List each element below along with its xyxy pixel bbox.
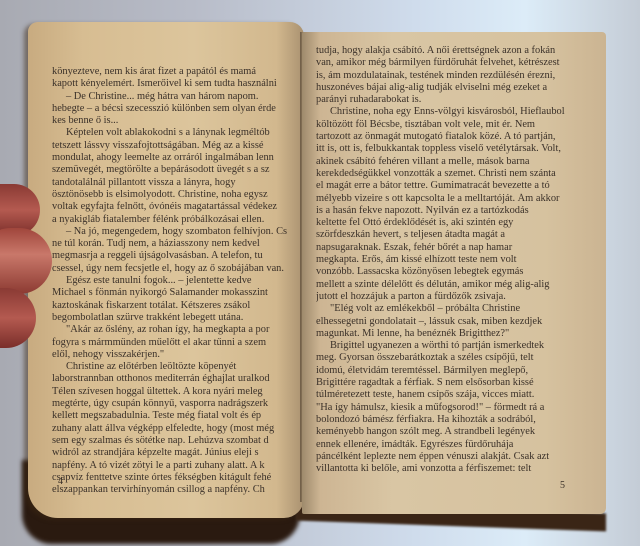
left-page-number: 4 [58,476,63,487]
text-line: huszonéves bájai alig-alig tudják elvise… [316,82,588,94]
text-line: jutott el hozzájuk a parton a fürdőzők z… [316,291,588,303]
text-line: Christine az előtérben leöltözte köpenyé… [52,361,304,373]
book-photo-scene: könyezteve, nem kis árat fizet a papától… [0,0,640,546]
text-line: parányi ruhadarabokat is. [316,94,588,106]
text-line: költözött föl Bécsbe, tisztában volt vel… [316,119,588,131]
text-line: napfény. A tó vizét zötyi le a parti zuh… [52,460,304,472]
right-page-number: 5 [560,480,565,491]
text-line: kes benne ő is... [52,115,304,127]
text-line: sem egy szalmas és sötétke nap. Lehúzva … [52,435,304,447]
text-line: páncélként leplezte nem éppen vénuszi al… [316,451,588,463]
finger [0,288,36,348]
text-line: "Akár az őslény, az rohan így, ha megkap… [52,324,304,336]
text-line: villantotta ki belőle, ami vonzotta a fé… [316,463,588,475]
text-line: vonzóbb. Lassacska közönyösen lebegtek e… [316,266,588,278]
text-line: a nyakigláb fiatalember félénk próbálkoz… [52,214,304,226]
text-line: elől, nehogy visszakérjen." [52,349,304,361]
right-page-text: tudja, hogy alakja csábító. A női éretts… [316,45,588,475]
text-line: elhessegetni gondolatait –, lássuk csak,… [316,316,588,328]
text-line: tandotalálnál pillantott vissza a lányra… [52,177,304,189]
text-line: tetszett lássvy visszafojtottságában. Mé… [52,140,304,152]
text-line: hebegte – a bécsi szecesszió különben se… [52,103,304,115]
text-line: kellett megszabadulnia. Teste még fiatal… [52,410,304,422]
text-line: is, ám mozdulatainak, testének minden re… [316,70,588,82]
text-line: könyezteve, nem kis árat fizet a papától… [52,66,304,78]
text-line: Télen szívesen hoggal ültettek. A kora n… [52,386,304,398]
text-line: csessel, úgy nem fecsjetle el, hogy az ő… [52,263,304,275]
text-line: mellett a szinte délelőtt és délután, am… [316,279,588,291]
text-line: laborstrannban otthonos mediterrán éghaj… [52,373,304,385]
text-line: tudja, hogy alakja csábító. A női éretts… [316,45,588,57]
text-line: magunkat. Mi lenne, ha benéznék Brigitth… [316,328,588,340]
text-line: ennek ellenére, imádták. Egyrészes fürdő… [316,439,588,451]
text-line: Képtelen volt ablakokodni s a lánynak le… [52,127,304,139]
text-line: Brigittére ragadtak a férfiak. S nem els… [316,377,588,389]
text-line: elszappankan tervirhínyomán csillog a na… [52,484,304,496]
text-line: Christine, noha egy Enns-völgyi kisváros… [316,106,588,118]
text-line: meg. Gyorsan összebarátkoztak a széles c… [316,352,588,364]
text-line: – Na jó, megengedem, hogy szombaton felh… [52,226,304,238]
text-line: bolondozó bámész férfiakra. Ha kihozták … [316,414,588,426]
text-line: keltette fel Ottó érdeklődését is, aki s… [316,217,588,229]
text-line: "Ha így hámulsz, kiesik a műfogsorod!" –… [316,402,588,414]
text-line: is a hasán fekve napozott. Nyilván ez a … [316,205,588,217]
text-line: keményebb hangon szólt meg. A strandbeli… [316,426,588,438]
text-line: megtérte, úgy csupán könnyű, vasporra na… [52,398,304,410]
text-line: akinek csábító fehéren villant a melle, … [316,156,588,168]
text-line: mélyebb vizeire s ott kapcsolta le a mel… [316,193,588,205]
left-page: könyezteve, nem kis árat fizet a papától… [28,22,304,518]
thumb [0,228,52,294]
text-line: "Elég volt az emlékekből – próbálta Chri… [316,303,588,315]
text-line: tartozott az önmagát mutogató fiatalok k… [316,131,588,143]
text-line: ösztönösebb is elsimolyodott. Christine,… [52,189,304,201]
text-line: túlméretezett teste, hanem csípős szája,… [316,389,588,401]
text-line: – De Christine... még hátra van három na… [52,91,304,103]
text-line: kaztoskának fiskarzent totálat. Kétszere… [52,300,304,312]
text-line: megkapta. Erős, ám kissé elhízott teste … [316,254,588,266]
text-line: zuhany alatt állva végképp elfeledte, ho… [52,423,304,435]
text-line: szörfdeszkán hevert, s teljesen átadta m… [316,229,588,241]
text-line: Brigittel ugyanezen a wörthi tó partján … [316,340,588,352]
text-line: Egész este tanulni fogok... – jelentette… [52,275,304,287]
text-line: van, amikor még bármilyen fürdőruhát fel… [316,57,588,69]
text-line: itt is, ott is, felbukkantak toppless vi… [316,143,588,155]
text-line: idomú, életvidám teremtéssel. Bármilyen … [316,365,588,377]
text-line: csapvíz fenttetve szinte órtes fékségben… [52,472,304,484]
text-line: szemüvegét, megtörölte a bepárásodott üv… [52,164,304,176]
right-page: tudja, hogy alakja csábító. A női éretts… [302,32,606,514]
text-line: el magát erre a bátor tettre. Gumimatrac… [316,180,588,192]
text-line: widról az strandjára képzelte magát. Jún… [52,447,304,459]
left-page-text: könyezteve, nem kis árat fizet a papától… [52,66,304,496]
text-line: megmasrja a reggeli újságolvasásban. A t… [52,250,304,262]
text-line: mondulat, ahogy leemelte az orráról inga… [52,152,304,164]
text-line: begombolatlan szürve trakként lebegett u… [52,312,304,324]
text-line: voltak egyfajta felnőtt, óvónéis magatar… [52,201,304,213]
text-line: kerekdedségükkel vonzották a szemet. Chr… [316,168,588,180]
text-line: kapott kényelemért. Ismerőivel ki sem tu… [52,78,304,90]
hand-holding-book [0,184,52,354]
text-line: napsugaraknak. Észak, fehér bőrét a nap … [316,242,588,254]
text-line: fogyra s mármmünden műelőtt el akar tűnn… [52,337,304,349]
text-line: ne túl korán. Tudj nem, a háziasszony ne… [52,238,304,250]
text-line: Michael s fönmán nyikorgó Salamander mok… [52,287,304,299]
